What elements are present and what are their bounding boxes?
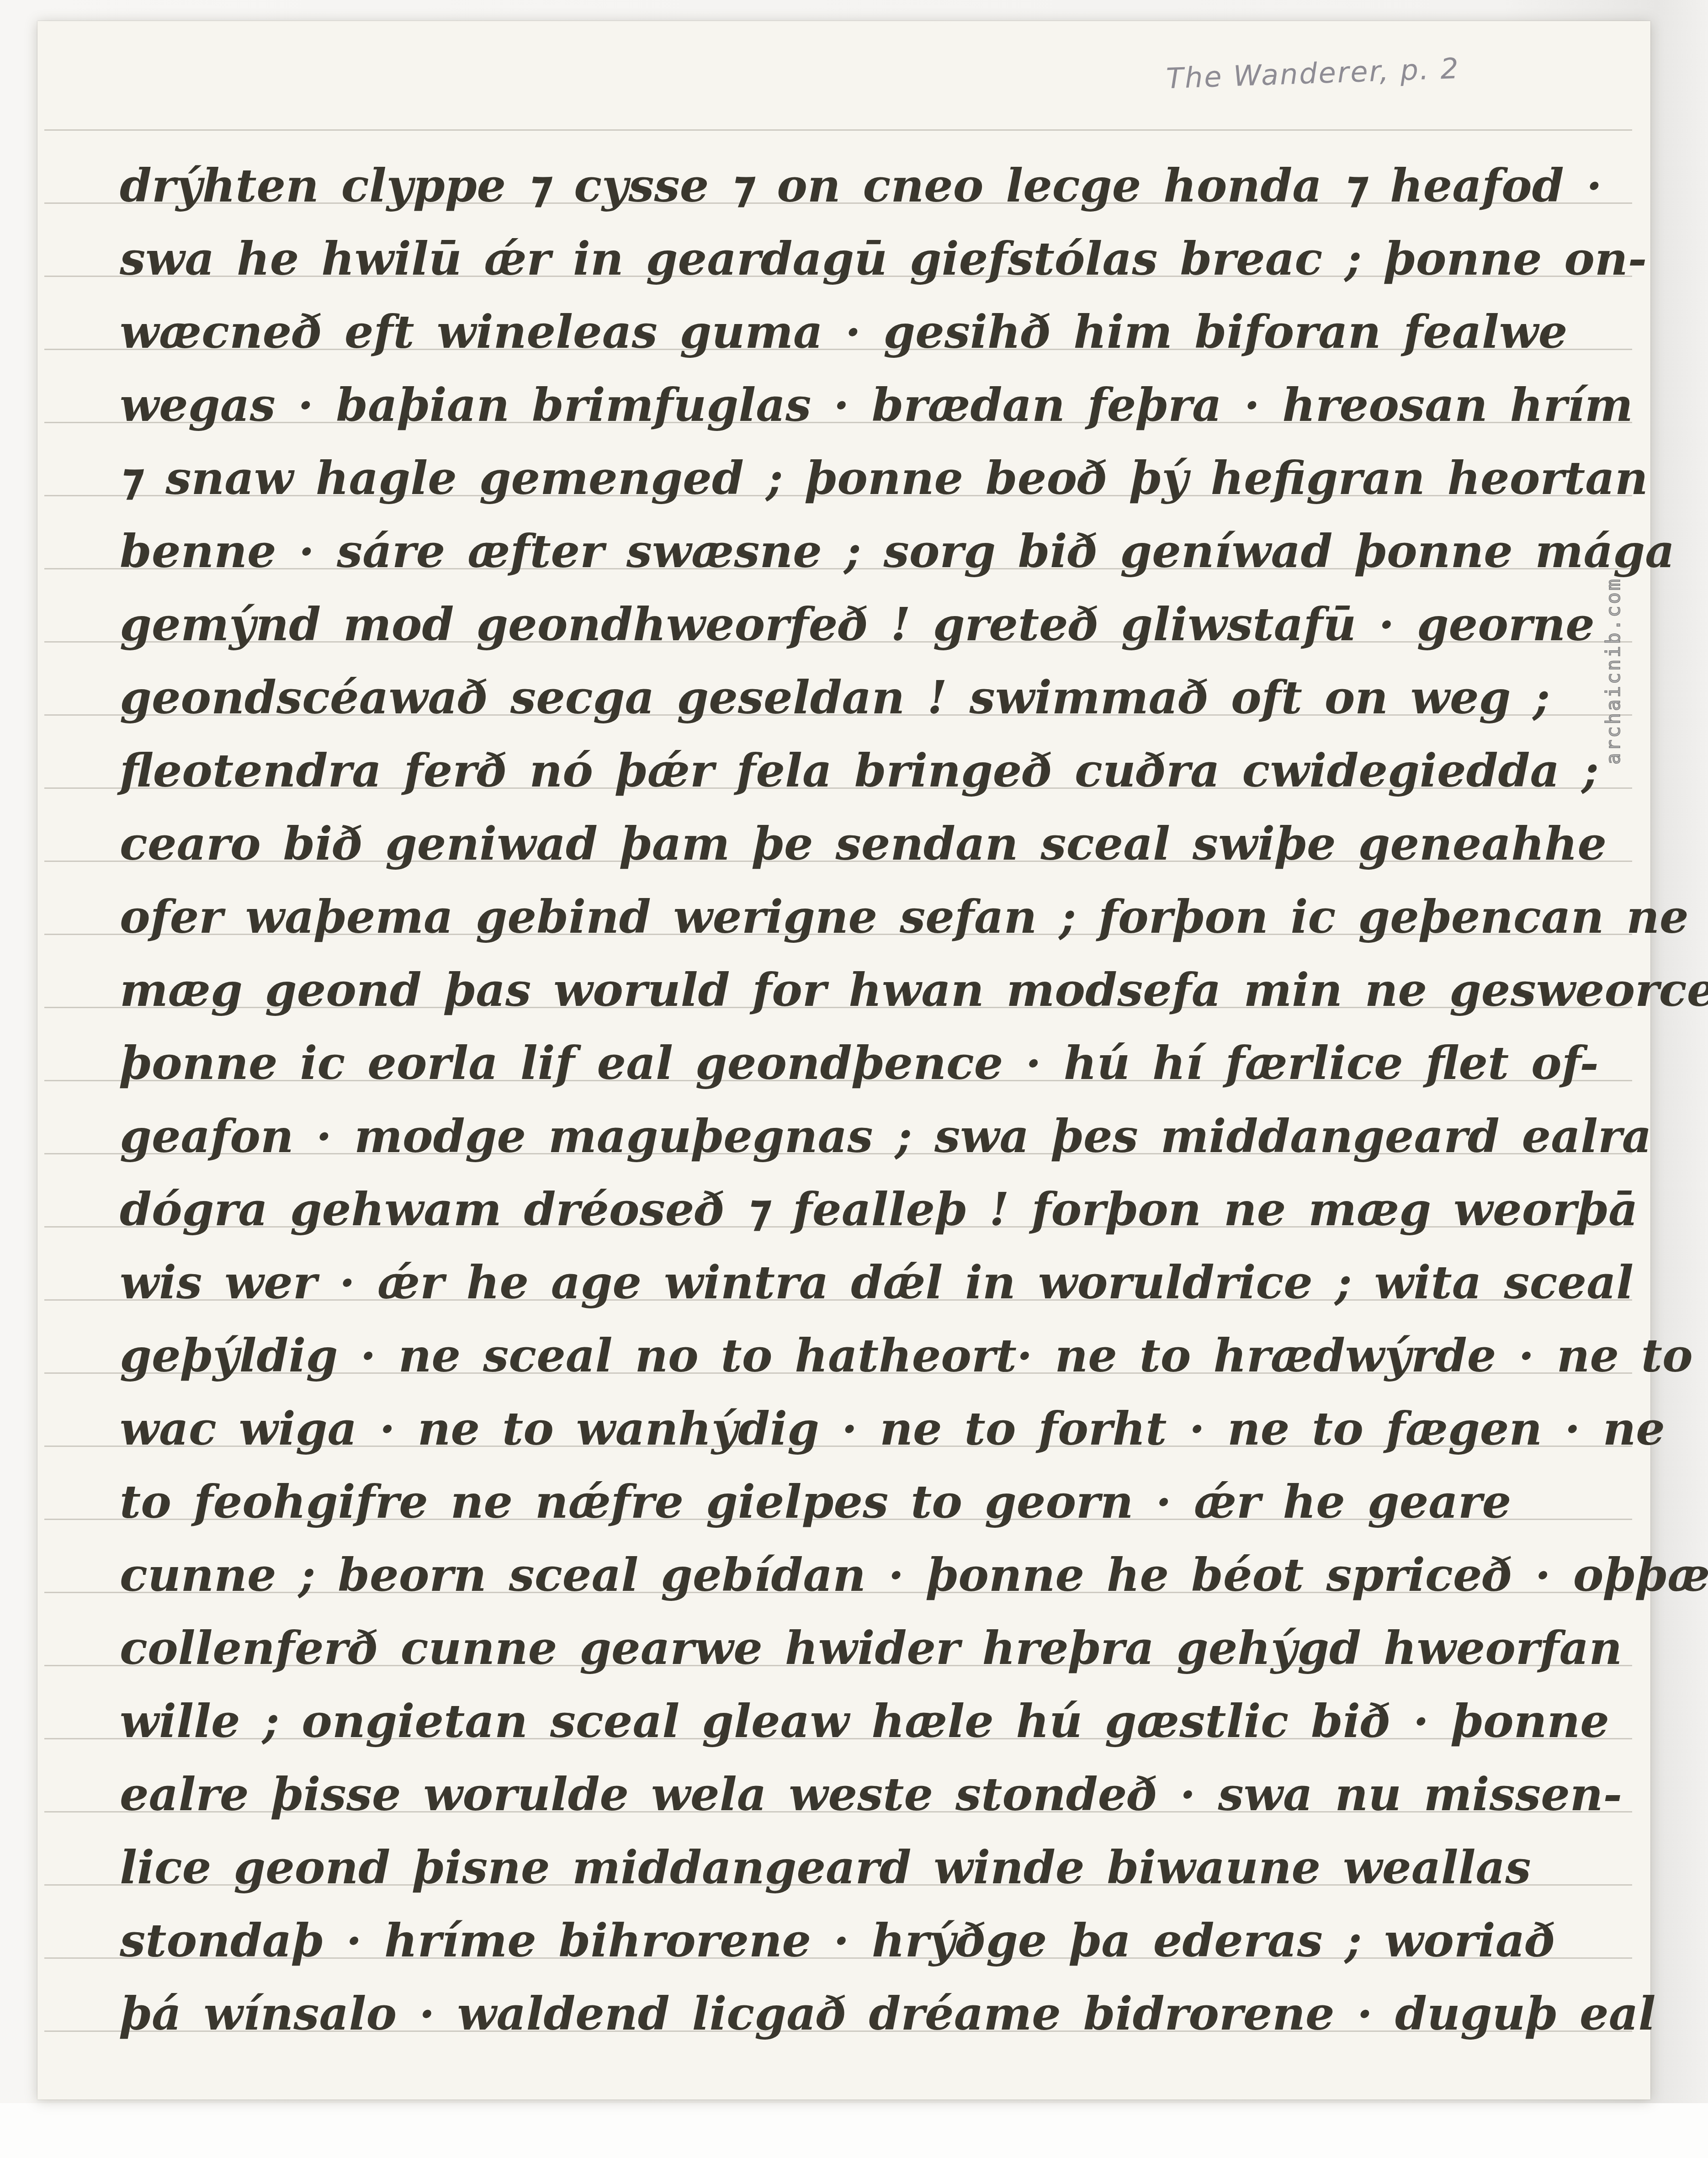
manuscript-line: wæcneð eft wineleas guma · gesihð him bi… xyxy=(120,295,1623,368)
manuscript-line: gemýnd mod geondhweorfeð ! greteð gliwst… xyxy=(120,588,1623,661)
manuscript-line: ealre þisse worulde wela weste stondeð ·… xyxy=(120,1758,1623,1831)
manuscript-line: dógra gehwam dréoseð ⁊ fealleþ ! forþon … xyxy=(120,1173,1623,1246)
manuscript-line: cunne ; beorn sceal gebídan · þonne he b… xyxy=(120,1538,1623,1611)
manuscript-line: fleotendra ferð nó þǽr fela bringeð cuðr… xyxy=(120,734,1623,807)
manuscript-line: stondaþ · hríme bihrorene · hrýðge þa ed… xyxy=(120,1904,1623,1977)
manuscript-line: þonne ic eorla lif eal geondþence · hú h… xyxy=(120,1026,1623,1100)
manuscript-text-block: drýhten clyppe ⁊ cysse ⁊ on cneo lecge h… xyxy=(120,149,1623,2050)
scanner-background-bottom xyxy=(0,2103,1708,2158)
manuscript-line: ⁊ snaw hagle gemenged ; þonne beoð þý he… xyxy=(120,441,1623,515)
manuscript-line: cearo bið geniwad þam þe sendan sceal sw… xyxy=(120,807,1623,880)
watermark-text: archaicnib.com xyxy=(1602,577,1624,765)
manuscript-line: drýhten clyppe ⁊ cysse ⁊ on cneo lecge h… xyxy=(120,149,1623,222)
manuscript-line: ofer waþema gebind werigne sefan ; forþo… xyxy=(120,880,1623,953)
pencil-title-annotation: The Wanderer, p. 2 xyxy=(1166,52,1460,95)
manuscript-line: geþýldig · ne sceal no to hatheort· ne t… xyxy=(120,1319,1623,1392)
manuscript-line: to feohgifre ne nǽfre gielpes to georn ·… xyxy=(120,1465,1623,1538)
manuscript-page: The Wanderer, p. 2 drýhten clyppe ⁊ cyss… xyxy=(37,21,1650,2100)
manuscript-line: collenferð cunne gearwe hwider hreþra ge… xyxy=(120,1611,1623,1685)
scanned-manuscript-screenshot: { "document": { "pencil_note": "The Wand… xyxy=(0,0,1708,2158)
manuscript-line: mæg geond þas woruld for hwan modsefa mi… xyxy=(120,953,1623,1026)
manuscript-line: þá wínsalo · waldend licgað dréame bidro… xyxy=(120,1977,1623,2050)
manuscript-line: swa he hwilū ǽr in geardagū giefstólas b… xyxy=(120,222,1623,295)
manuscript-line: wegas · baþian brimfuglas · brædan feþra… xyxy=(120,368,1623,441)
manuscript-line: wis wer · ǽr he age wintra dǽl in woruld… xyxy=(120,1246,1623,1319)
manuscript-line: lice geond þisne middangeard winde biwau… xyxy=(120,1831,1623,1904)
manuscript-line: benne · sáre æfter swæsne ; sorg bið gen… xyxy=(120,515,1623,588)
manuscript-line: geondscéawað secga geseldan ! swimmað of… xyxy=(120,661,1623,734)
manuscript-line: wille ; ongietan sceal gleaw hæle hú gæs… xyxy=(120,1685,1623,1758)
manuscript-line: wac wiga · ne to wanhýdig · ne to forht … xyxy=(120,1392,1623,1465)
manuscript-line: geafon · modge maguþegnas ; swa þes midd… xyxy=(120,1100,1623,1173)
